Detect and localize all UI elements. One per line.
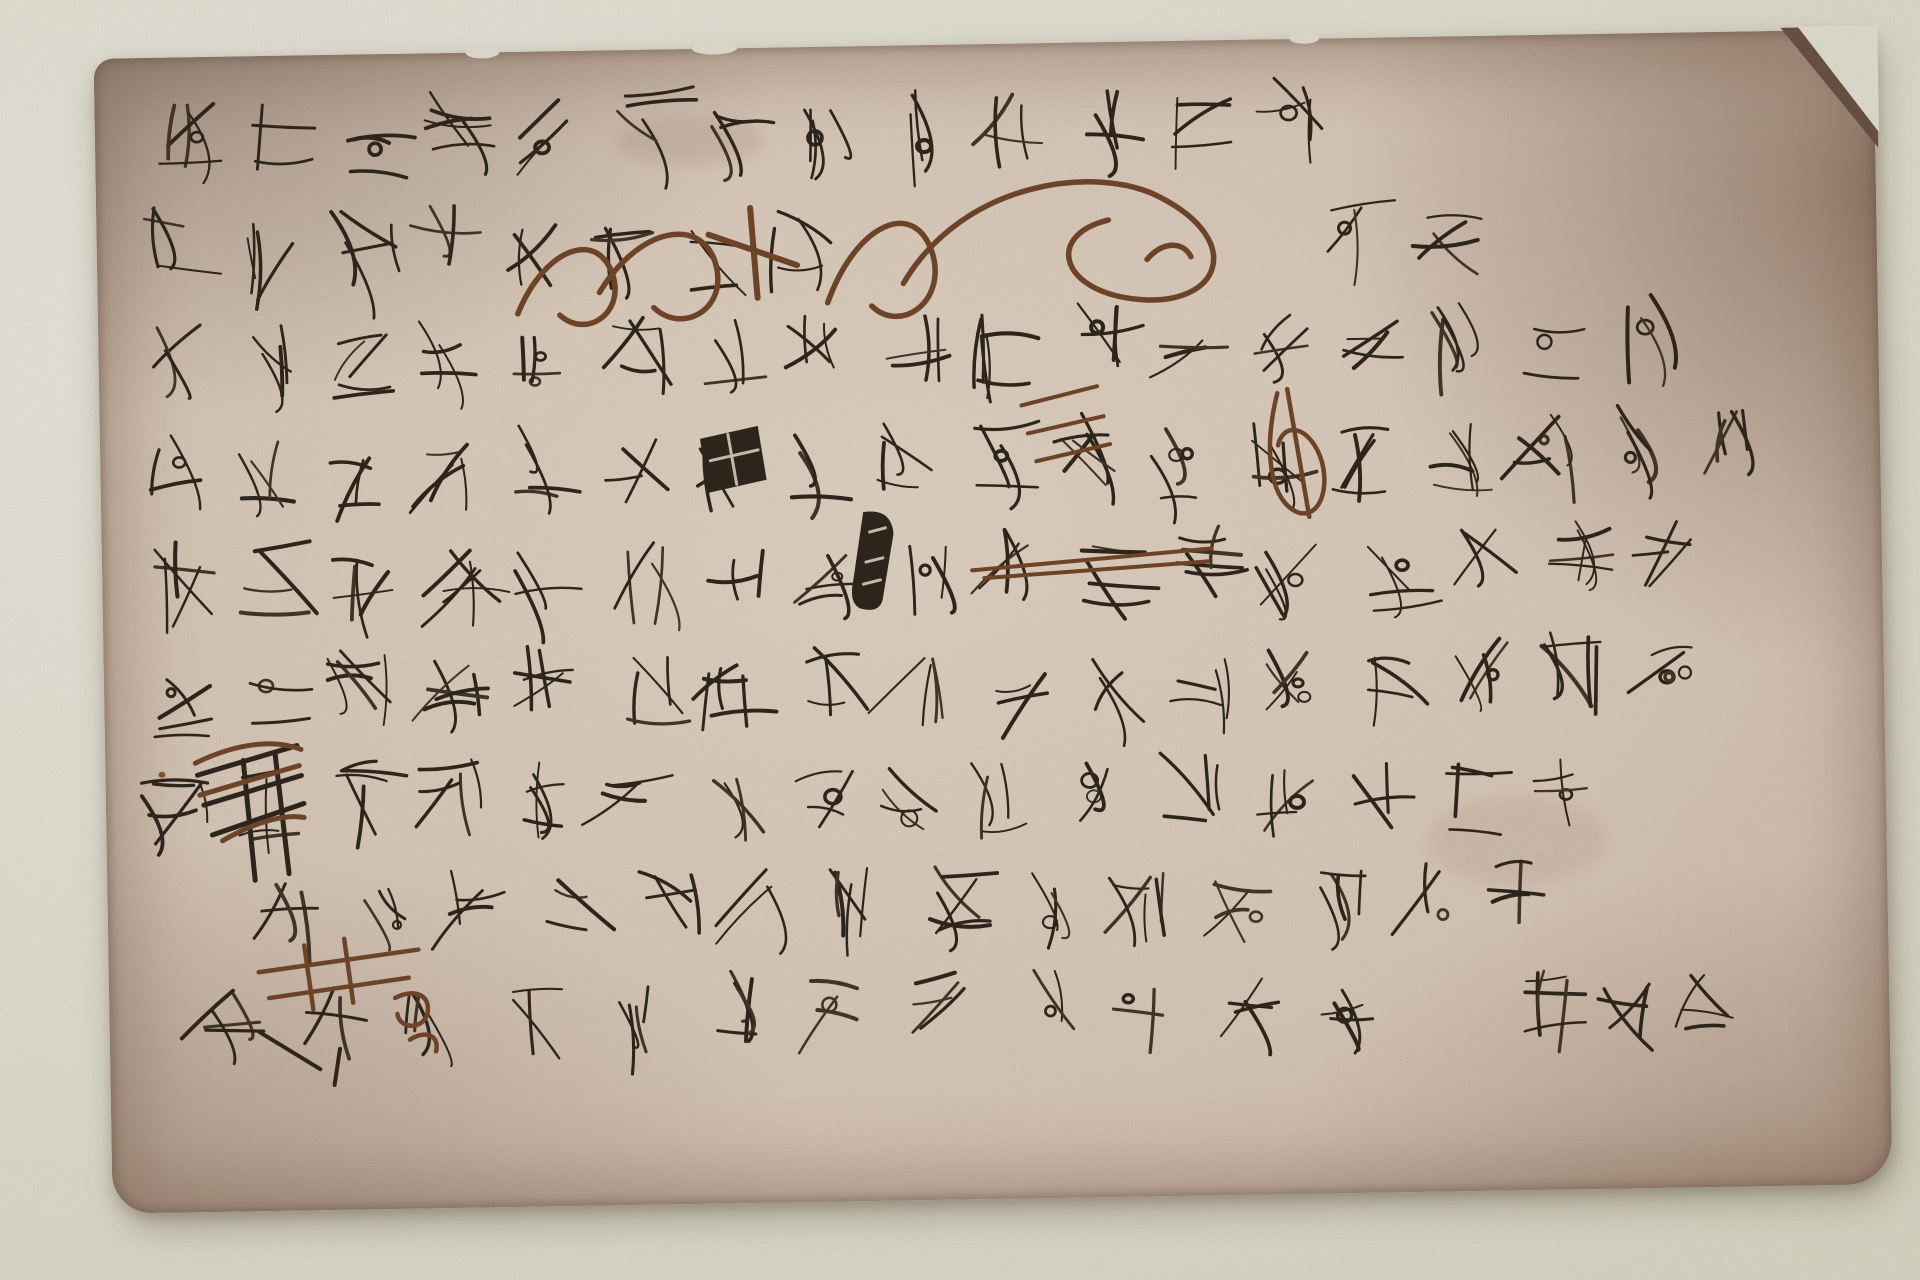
correction-marks bbox=[186, 178, 1334, 1087]
handwriting-ink-layer bbox=[94, 29, 1893, 1213]
postcard-paper bbox=[94, 29, 1893, 1213]
photo-canvas: { "scene": { "type": "photograph", "subj… bbox=[0, 0, 1920, 1280]
photo-caption: Aged postcard-sized sheet with dense cur… bbox=[0, 0, 1, 1]
glyph-strokes bbox=[130, 69, 1763, 1082]
